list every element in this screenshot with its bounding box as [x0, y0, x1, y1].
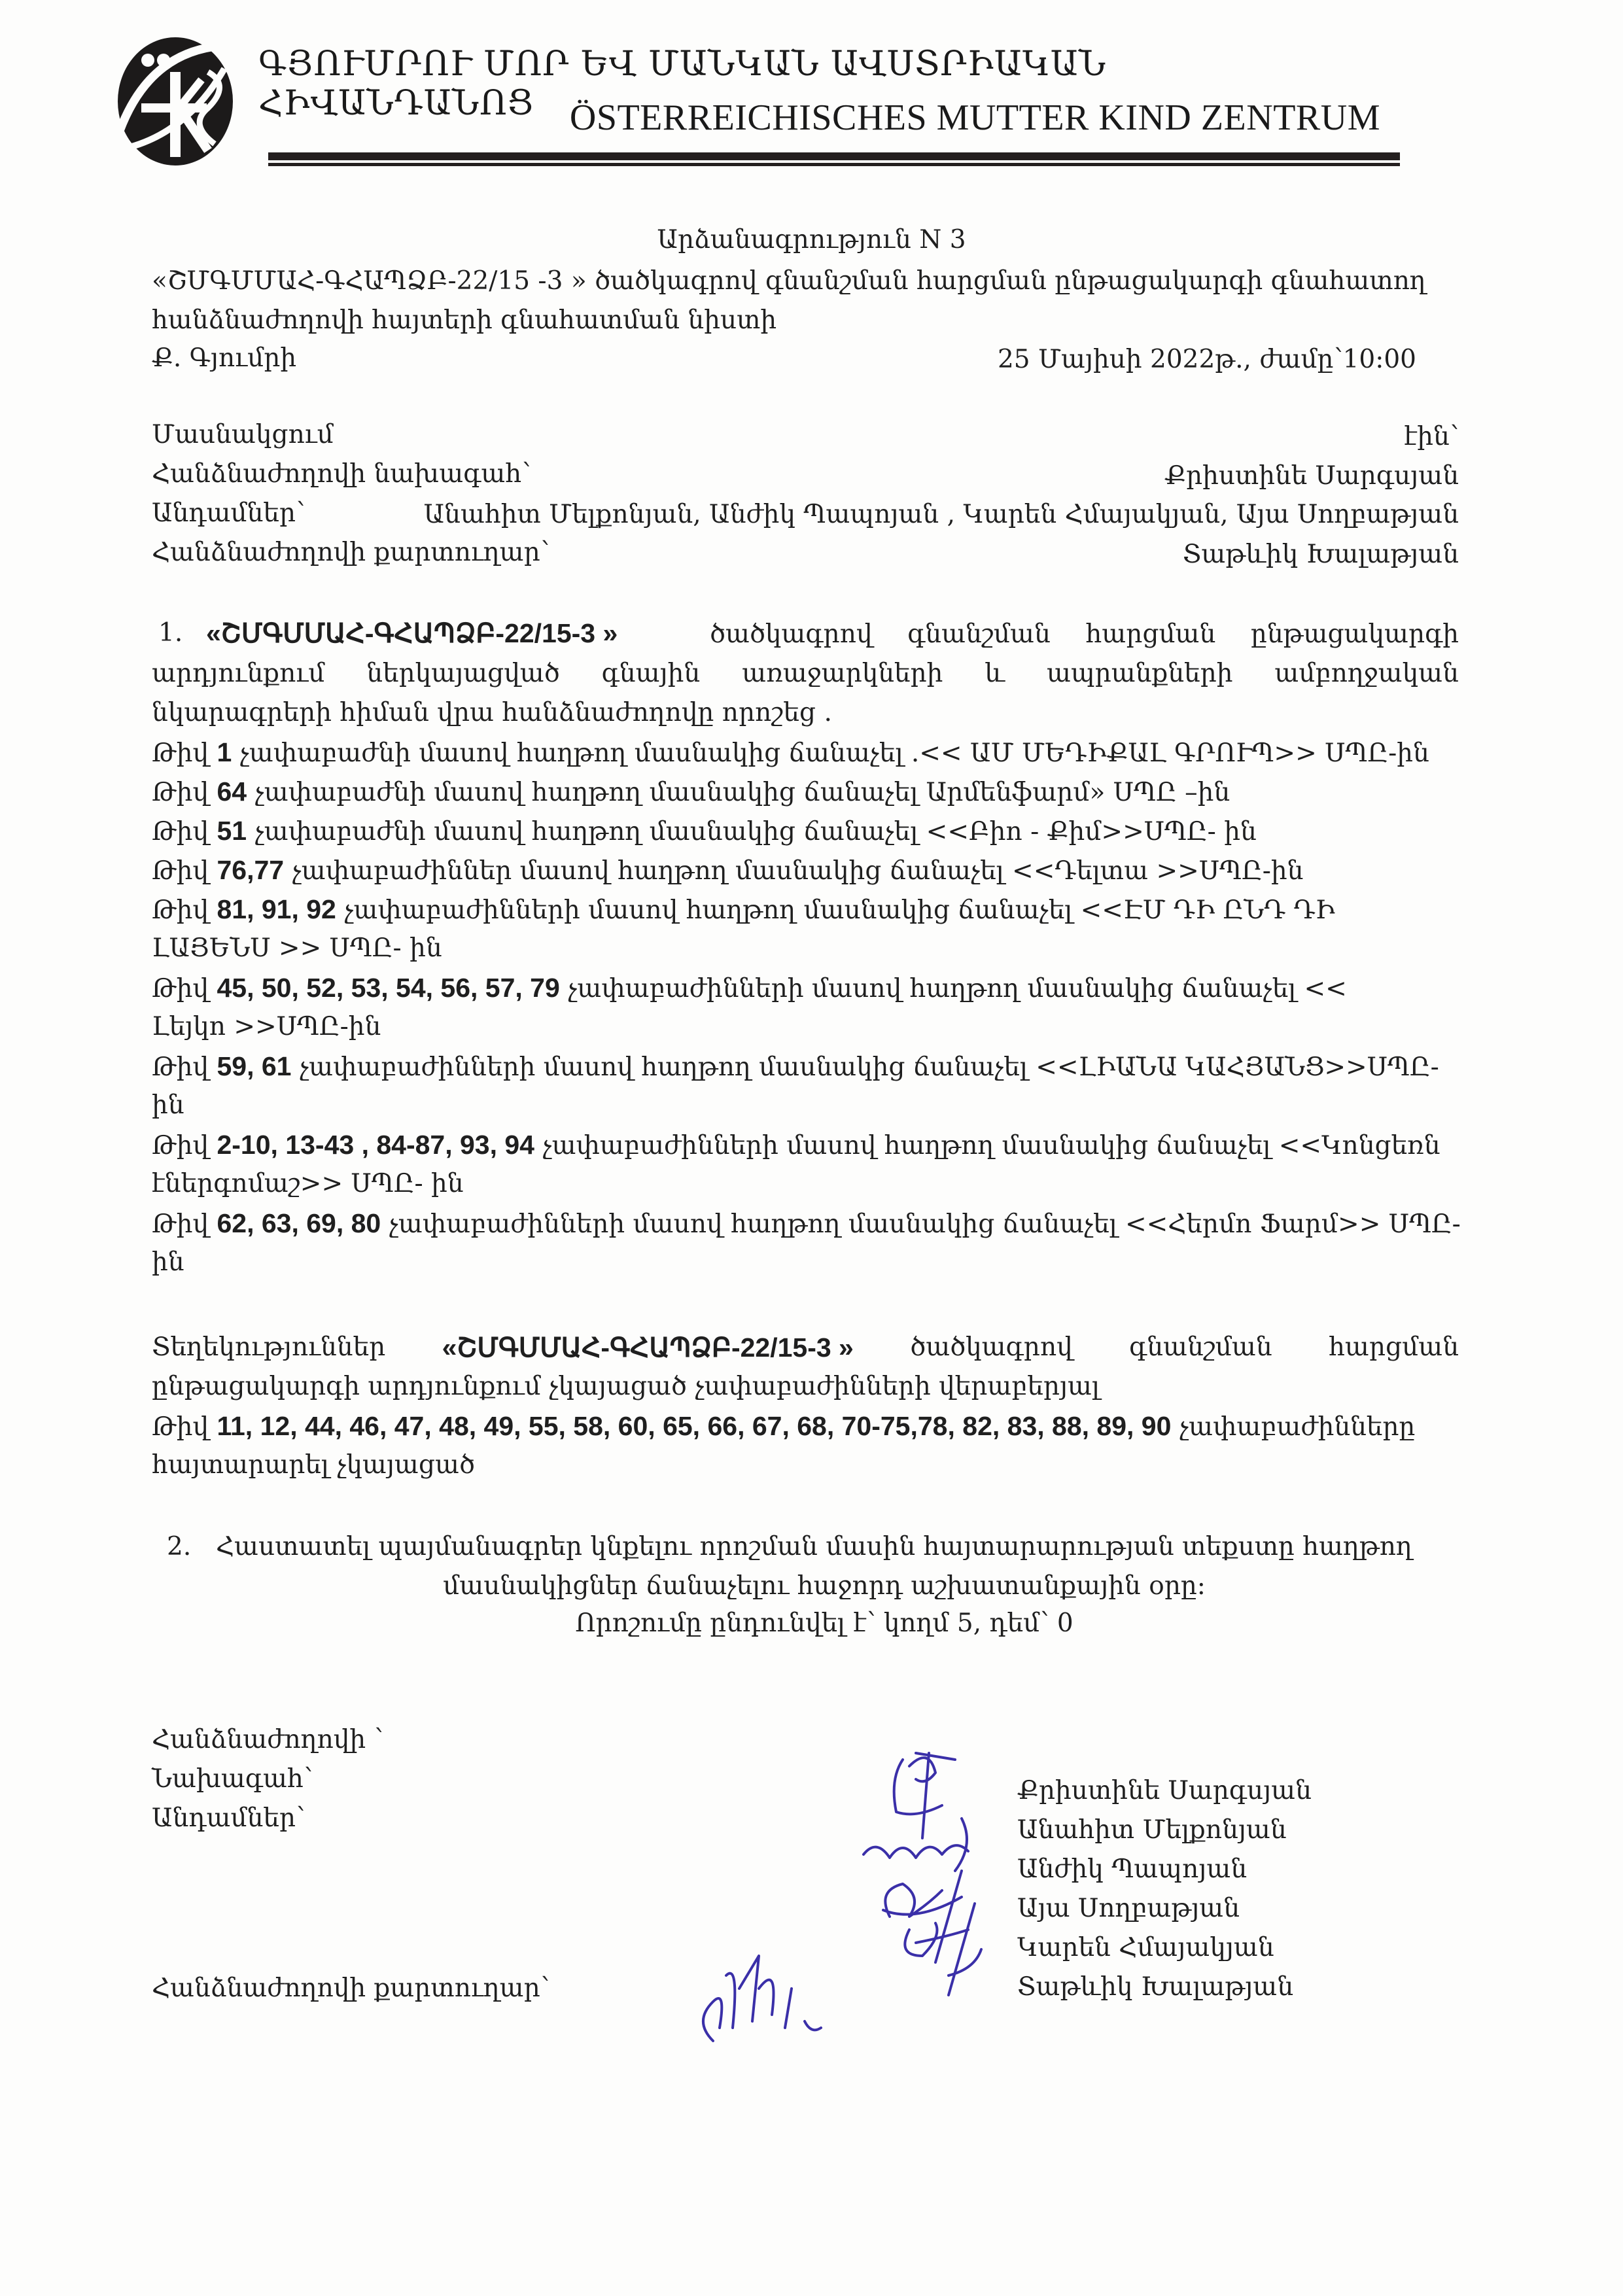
info-line2: ընթացակարգի արդյունքում չկայացած չափաբաժ… [152, 1374, 1100, 1399]
word: ամբողջական [1274, 661, 1459, 686]
decision-line: Թիվ 64 չափաբաժնի մասով հաղթող մասնակից ճ… [152, 778, 1230, 805]
lot-prefix: Թիվ [152, 974, 217, 1003]
document-page: ԳՅՈՒՄՐՈՒ ՄՈՐ ԵՎ ՄԱՆԿԱՆ ԱՎՍՏՐԻԱԿԱՆ ՀԻՎԱՆԴ… [0, 0, 1623, 2296]
decision-line: Թիվ 45, 50, 52, 53, 54, 56, 57, 79 չափաբ… [152, 975, 1347, 1001]
word: հարցման [1085, 621, 1215, 647]
info-line3: Թիվ 11, 12, 44, 46, 47, 48, 49, 55, 58, … [152, 1413, 1415, 1440]
lot-prefix: Թիվ [152, 1131, 217, 1160]
decision-line: Թիվ 81, 91, 92 չափաբաժինների մասով հաղթո… [152, 896, 1335, 923]
decision-line: Թիվ 2-10, 13-43 , 84-87, 93, 94 չափաբաժի… [152, 1132, 1440, 1158]
decision-text: չափաբաժինների մասով հաղթող մասնակից ճանա… [381, 1209, 1461, 1239]
decision-line: Թիվ 51 չափաբաժնի մասով հաղթող մասնակից ճ… [152, 818, 1257, 844]
decision-line: Թիվ 76,77 չափաբաժիններ մասով հաղթող մասն… [152, 857, 1303, 884]
lot-numbers: 62, 63, 69, 80 [217, 1208, 381, 1238]
item2-line2: մասնակիցներ ճանաչելու հաջորդ աշխատանքայի… [366, 1573, 1282, 1599]
decision-line: Թիվ 62, 63, 69, 80 չափաբաժինների մասով հ… [152, 1210, 1461, 1237]
signatory-name: Այա Սողբաթյան [1017, 1896, 1240, 1921]
header-rule-thin [268, 163, 1400, 166]
item1-intro-line3: նկարագրերի հիման վրա հանձնաժողովը որոշեց… [152, 700, 832, 725]
chair-sign-label: Նախագահ՝ [152, 1766, 313, 1792]
lot-numbers: 76,77 [217, 855, 284, 885]
word: ծածկագրով [910, 1334, 1073, 1361]
decision-text: չափաբաժնի մասով հաղթող մասնակից ճանաչել … [247, 817, 1257, 846]
decision-line: Թիվ 1 չափաբաժնի մասով հաղթող մասնակից ճա… [152, 739, 1429, 766]
lot-prefix: Թիվ [152, 817, 217, 846]
decision-text: չափաբաժինների մասով հաղթող մասնակից ճանա… [560, 974, 1347, 1003]
participated-label: Մասնակցում [152, 422, 334, 447]
members-names: Անահիտ Մելքոնյան, Անժիկ Պապոյան , Կարեն … [366, 502, 1459, 527]
signatory-name: Անահիտ Մելքոնյան [1017, 1817, 1287, 1843]
contract-code: «ՇՄԳՄՄԱՀ-ԳՀԱՊՁԲ-22/15-3 » [442, 1334, 854, 1361]
signatory-name: Կարեն Հմայակյան [1017, 1935, 1274, 1960]
decision-text: չափաբաժինների մասով հաղթող մասնակից ճանա… [534, 1131, 1440, 1160]
lot-numbers: 81, 91, 92 [217, 894, 336, 924]
secretary-signature-icon [687, 1949, 837, 2047]
handwritten-signatures-icon [850, 1740, 1021, 2008]
decision-continuation: էներգոմաշ>> ՍՊԸ- ին [152, 1171, 464, 1196]
word: ծածկագրով [710, 621, 873, 647]
word: ապրանքների [1047, 661, 1233, 686]
secretary-label: Հանձնաժողովի քարտուղար՝ [152, 540, 550, 565]
vote-result: Որոշումը ընդունվել է՝ կողմ 5, դեմ՝ 0 [366, 1610, 1282, 1636]
word: հարցման [1329, 1334, 1459, 1361]
lot-numbers: 59, 61 [217, 1051, 291, 1081]
signatory-name: Տաթևիկ Խալաթյան [1017, 1974, 1293, 2000]
decision-text: չափաբաժինների մասով հաղթող մասնակից ճանա… [336, 896, 1335, 925]
word: առաջարկների [742, 661, 943, 686]
decision-continuation: ԼԱՅԵՆՍ >> ՍՊԸ- ին [152, 935, 442, 961]
item2-number: 2. [167, 1534, 191, 1559]
chair-name: Քրիստինե Սարգսյան [981, 463, 1459, 489]
signatory-name: Անժիկ Պապոյան [1017, 1856, 1247, 1882]
members-sign-label: Անդամներ՝ [152, 1805, 305, 1831]
meeting-place: Ք. Գյումրի [152, 345, 296, 371]
protocol-heading: Արձանագրություն N 3 [0, 227, 1623, 252]
word: Տեղեկություններ [152, 1334, 385, 1361]
decision-text: չափաբաժինների մասով հաղթող մասնակից ճանա… [291, 1052, 1439, 1082]
lot-prefix: Թիվ [152, 896, 217, 925]
protocol-subject-line1: «ՇՄԳՄՄԱՀ-ԳՀԱՊՁԲ-22/15 -3 » ծածկագրով գնա… [152, 268, 1426, 294]
lot-prefix: Թիվ [152, 856, 217, 886]
decision-continuation: ին [152, 1249, 184, 1275]
word: ներկայացված [366, 661, 560, 686]
meeting-date-time: 25 Մայիսի 2022թ., ժամը՝10:00 [916, 347, 1416, 372]
item1-intro-line2: արդյունքում ներկայացված գնային առաջարկնե… [152, 661, 1459, 686]
hospital-logo-icon [110, 33, 241, 167]
info-line1: Տեղեկություններ «ՇՄԳՄՄԱՀ-ԳՀԱՊՁԲ-22/15-3 … [152, 1334, 1459, 1361]
signatory-name: Քրիստինե Սարգսյան [1017, 1778, 1312, 1803]
secretary-sign-label: Հանձնաժողովի քարտուղար՝ [152, 1975, 550, 2001]
lot-prefix: Թիվ [152, 1412, 217, 1442]
word: և [985, 661, 1005, 686]
decision-text: չափաբաժնի մասով հաղթող մասնակից ճանաչել … [247, 778, 1230, 807]
word: գնային [602, 661, 701, 686]
lot-suffix: չափաբաժինները [1171, 1412, 1415, 1442]
participated-value: էին՝ [1178, 424, 1459, 449]
lot-numbers: 51 [217, 816, 247, 846]
decision-text: չափաբաժիններ մասով հաղթող մասնակից ճանաչ… [284, 856, 1303, 886]
word: գնանշման [1129, 1334, 1272, 1361]
lot-prefix: Թիվ [152, 778, 217, 807]
org-name-german: ÖSTERREICHISCHES MUTTER KIND ZENTRUM [556, 97, 1380, 139]
failed-lots: 11, 12, 44, 46, 47, 48, 49, 55, 58, 60, … [217, 1411, 1171, 1441]
chair-label: Հանձնաժողովի նախագահ՝ [152, 461, 531, 487]
lot-numbers: 1 [217, 737, 232, 767]
lot-prefix: Թիվ [152, 1052, 217, 1082]
item1-code: «ՇՄԳՄՄԱՀ-ԳՀԱՊՁԲ-22/15-3 » [206, 620, 618, 647]
lot-numbers: 64 [217, 776, 247, 807]
item1-number: 1. [158, 620, 183, 646]
lot-prefix: Թիվ [152, 1209, 217, 1239]
committee-label: Հանձնաժողովի ՝ [152, 1727, 383, 1752]
lot-numbers: 2-10, 13-43 , 84-87, 93, 94 [217, 1130, 534, 1160]
decision-text: չափաբաժնի մասով հաղթող մասնակից ճանաչել … [232, 739, 1429, 768]
protocol-subject-line2: հանձնաժողովի հայտերի գնահատման նիստի [152, 307, 777, 333]
decision-continuation: Լեյկո >>ՍՊԸ-ին [152, 1014, 381, 1039]
lot-prefix: Թիվ [152, 739, 217, 768]
header-rule-thick [268, 152, 1400, 160]
word: արդյունքում [152, 661, 324, 686]
decision-continuation: ին [152, 1092, 184, 1118]
item1-intro-line1: ծածկագրով գնանշման հարցման ընթացակարգի [710, 621, 1459, 647]
decision-line: Թիվ 59, 61 չափաբաժինների մասով հաղթող մա… [152, 1053, 1439, 1080]
word: ընթացակարգի [1251, 621, 1459, 647]
word: գնանշման [907, 621, 1051, 647]
item2-line1: Հաստատել պայմանագրեր կնքելու որոշման մաս… [216, 1534, 1412, 1559]
members-label: Անդամներ՝ [152, 500, 305, 526]
secretary-name: Տաթևիկ Խալաթյան [1047, 542, 1459, 567]
info-line4: հայտարարել չկայացած [152, 1452, 475, 1478]
lot-numbers: 45, 50, 52, 53, 54, 56, 57, 79 [217, 973, 559, 1003]
